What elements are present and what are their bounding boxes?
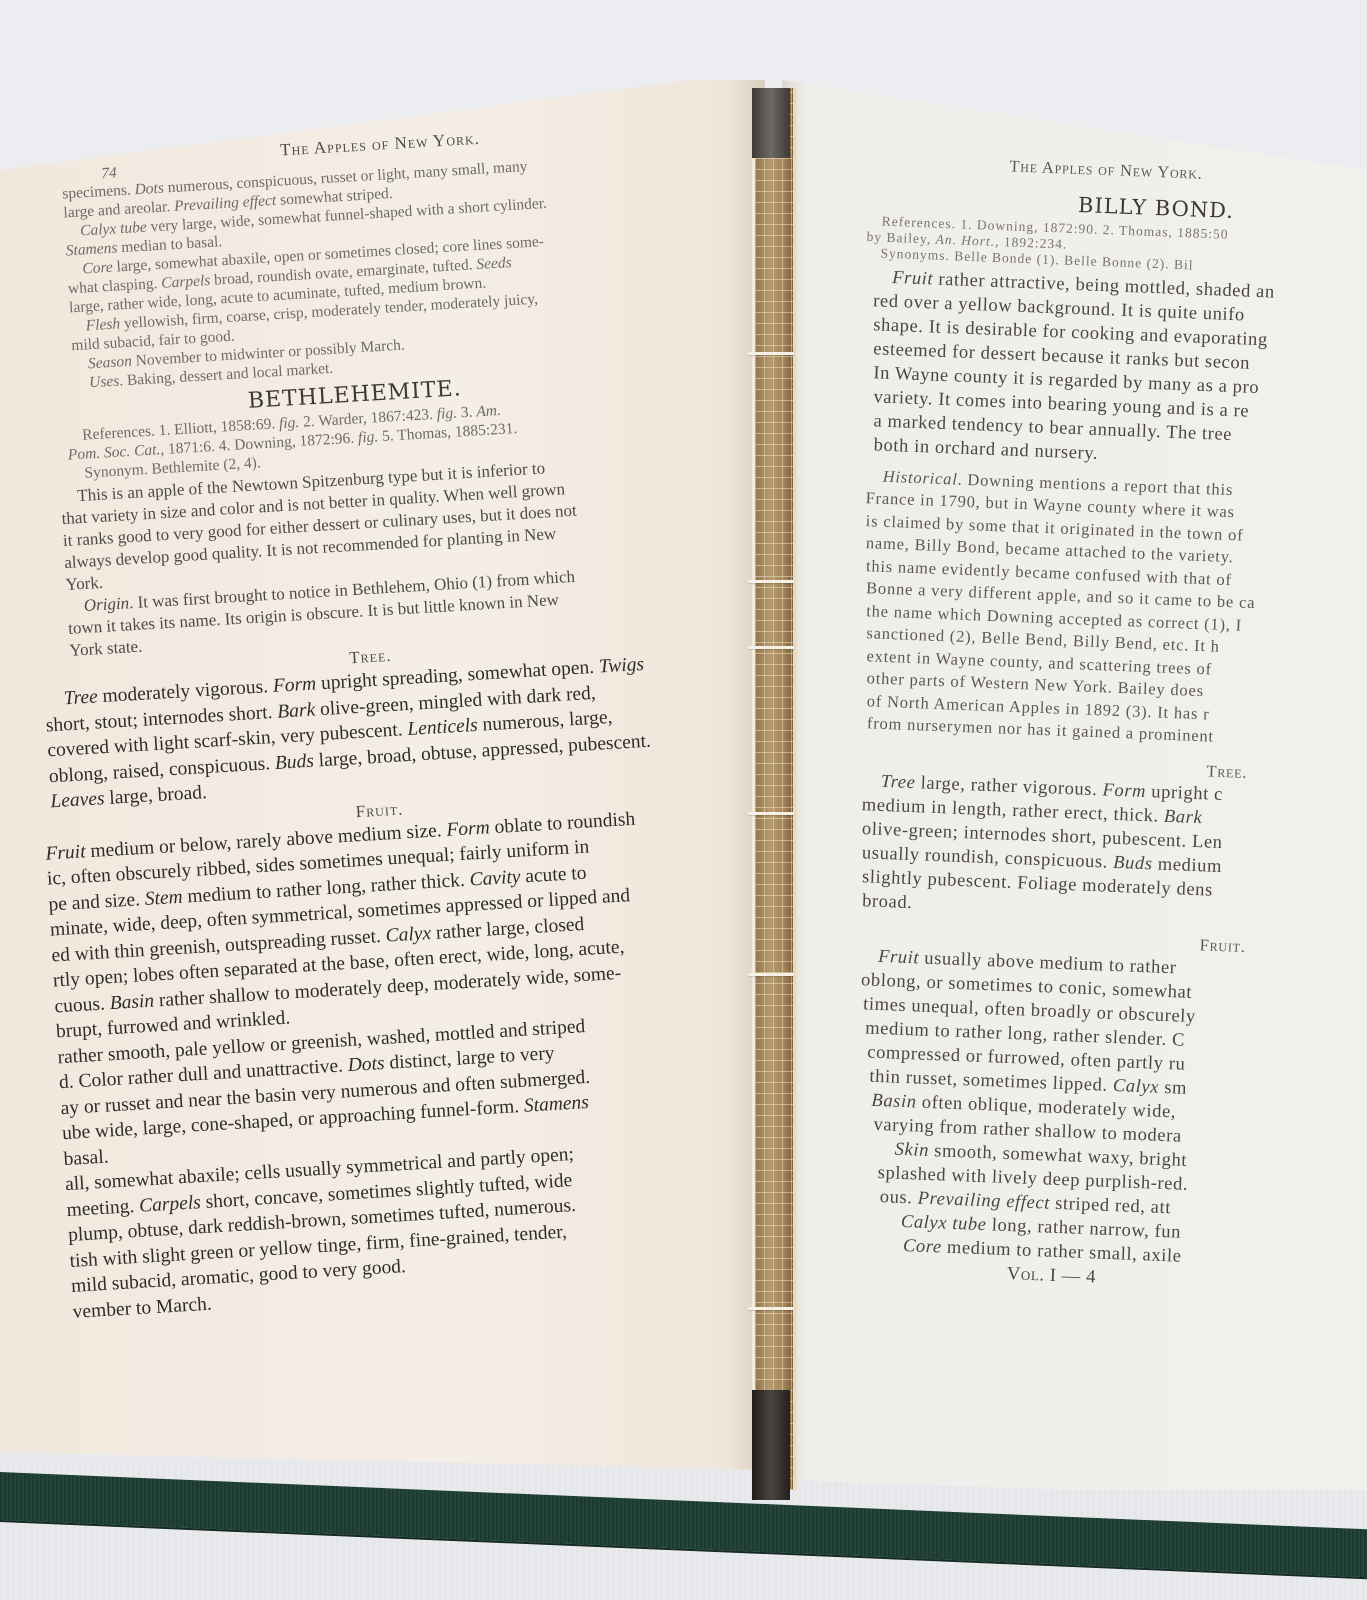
left-page-text: 74 The Apples of New York. specimens. Do… [20, 117, 728, 1324]
binding-stitch [748, 812, 794, 815]
spine-bottom-worn [752, 1390, 790, 1500]
historical-paragraph: Historical. Downing mentions a report th… [848, 464, 1367, 755]
fruit-description: Fruit usually above medium to ratheroblo… [828, 943, 1367, 1276]
binding-stitch [748, 580, 794, 583]
binding-stitch [748, 1307, 794, 1310]
binding-stitch [748, 352, 794, 355]
intro-paragraph: Fruit rather attractive, being mottled, … [858, 264, 1367, 477]
fruit-description: Fruit medium or below, rarely above medi… [45, 802, 729, 1325]
previous-entry-description: specimens. Dots numerous, conspicuous, r… [22, 149, 673, 396]
exposed-spine-binding [752, 88, 797, 1490]
right-page-text: The Apples of New York. BILLY BOND. Refe… [827, 150, 1367, 1300]
intro-paragraph: This is an apple of the Newtown Spitzenb… [40, 449, 689, 663]
binding-stitch [748, 973, 794, 976]
tree-description: Tree large, rather vigorous. Form uprigh… [841, 769, 1367, 934]
page-number: 74 [101, 163, 118, 183]
binding-stitch [748, 646, 794, 649]
spine-top-worn [752, 88, 790, 158]
